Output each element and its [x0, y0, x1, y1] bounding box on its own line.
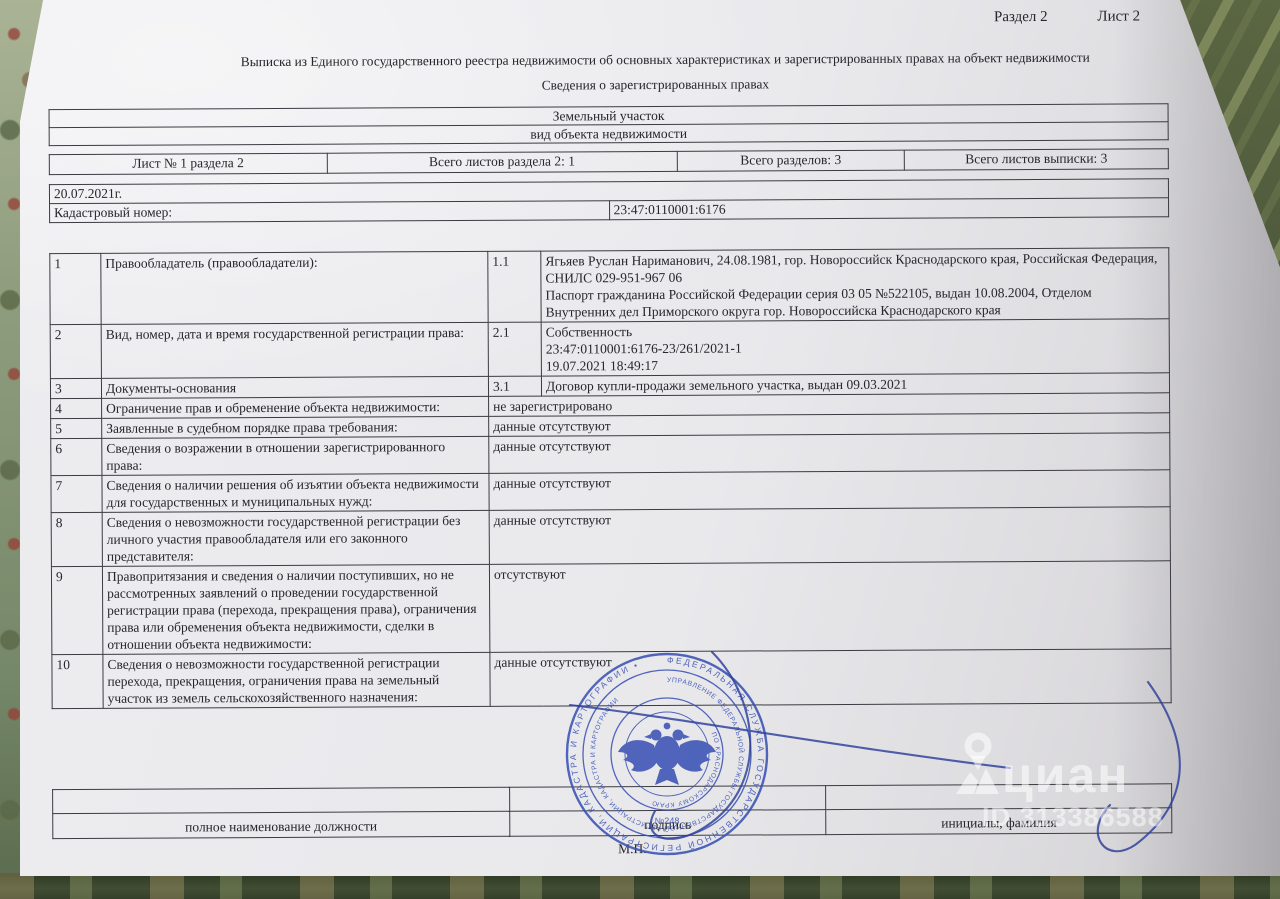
table-row: 9 Правопритязания и сведения о наличии п… — [51, 561, 1170, 655]
row-number: 9 — [51, 566, 102, 654]
row-label: Ограничение прав и обременение объекта н… — [102, 396, 489, 418]
table-row: Лист № 1 раздела 2 Всего листов раздела … — [49, 149, 1168, 175]
value-line: Паспорт гражданина Российской Федерации … — [545, 283, 1164, 320]
row-number: 3 — [50, 378, 101, 398]
row-label: Сведения о невозможности государственной… — [102, 510, 489, 566]
sections-total-cell: Всего разделов: 3 — [677, 150, 904, 171]
position-label: полное наименование должности — [53, 811, 510, 838]
seal-place-label: М.П. — [52, 838, 1172, 860]
table-row: полное наименование должности подпись ин… — [53, 808, 1172, 839]
row-label: Вид, номер, дата и время государственной… — [101, 322, 488, 378]
table-row: 2 Вид, номер, дата и время государственн… — [50, 319, 1169, 379]
object-type-table: Земельный участок вид объекта недвижимос… — [49, 103, 1169, 146]
meta-table: 20.07.2021г. Кадастровый номер: 23:47:01… — [49, 178, 1169, 223]
signature-label: подпись — [509, 810, 826, 837]
section-sheet-header: Раздел 2 Лист 2 — [20, 0, 1280, 31]
document-subtitle: Сведения о зарегистрированных правах — [20, 74, 1280, 97]
row-sub-number: 1.1 — [488, 251, 541, 322]
row-number: 4 — [51, 398, 102, 418]
document-title: Выписка из Единого государственного реес… — [20, 49, 1280, 72]
row-value: данные отсутствуют — [489, 433, 1170, 474]
section-label: Раздел 2 — [994, 9, 1048, 25]
row-sub-number: 3.1 — [488, 376, 541, 396]
value-line: Ягьяев Руслан Нариманович, 24.08.1981, г… — [545, 249, 1164, 286]
row-label: Сведения о возражении в отношении зареги… — [102, 436, 489, 475]
row-value: отсутствуют — [489, 561, 1170, 653]
row-value: Ягьяев Руслан Нариманович, 24.08.1981, г… — [541, 248, 1169, 322]
photo-of-document: Раздел 2 Лист 2 Выписка из Единого госуд… — [0, 0, 1280, 899]
fabric-background-bottom — [0, 873, 1280, 899]
cadastral-number-value: 23:47:0110001:6176 — [609, 198, 1169, 220]
name-input-cell — [826, 784, 1172, 810]
extract-sheets-total-cell: Всего листов выписки: 3 — [904, 149, 1168, 170]
row-number: 10 — [52, 654, 103, 708]
rights-table: 1 Правообладатель (правообладатели): 1.1… — [49, 247, 1171, 709]
row-label: Правопритязания и сведения о наличии пос… — [102, 564, 489, 654]
cadastral-number-label: Кадастровый номер: — [50, 201, 610, 223]
sheets-info-table: Лист № 1 раздела 2 Всего листов раздела … — [49, 148, 1169, 175]
row-number: 8 — [51, 512, 102, 566]
signature-input-cell — [509, 786, 826, 812]
row-number: 1 — [50, 253, 101, 324]
row-label: Сведения о невозможности государственной… — [103, 652, 490, 708]
row-number: 5 — [51, 418, 102, 438]
row-number: 6 — [51, 438, 102, 475]
row-sub-number: 2.1 — [488, 322, 541, 376]
table-row: 10 Сведения о невозможности государствен… — [52, 649, 1171, 709]
section-sheets-total-cell: Всего листов раздела 2: 1 — [327, 151, 677, 173]
row-label: Правообладатель (правообладатели): — [101, 251, 488, 324]
row-value: данные отсутствуют — [489, 470, 1170, 511]
name-label: инициалы, фамилия — [826, 808, 1172, 835]
sheet-label: Лист 2 — [1097, 8, 1140, 24]
row-value: данные отсутствуют — [490, 649, 1171, 707]
row-label: Сведения о наличии решения об изъятии об… — [102, 473, 489, 512]
sheet-number-cell: Лист № 1 раздела 2 — [49, 153, 327, 174]
document-content: Раздел 2 Лист 2 Выписка из Единого госуд… — [20, 0, 1280, 860]
row-number: 2 — [50, 324, 101, 378]
row-value: данные отсутствуют — [489, 507, 1170, 565]
row-number: 7 — [51, 475, 102, 512]
position-input-cell — [53, 787, 510, 813]
table-row: 6 Сведения о возражении в отношении заре… — [51, 433, 1170, 476]
document-sheet: Раздел 2 Лист 2 Выписка из Единого госуд… — [20, 0, 1280, 876]
table-row: 1 Правообладатель (правообладатели): 1.1… — [50, 248, 1169, 325]
row-label: Документы-основания — [101, 376, 488, 398]
table-row: 7 Сведения о наличии решения об изъятии … — [51, 470, 1170, 513]
row-value: Собственность 23:47:0110001:6176-23/261/… — [541, 319, 1169, 376]
row-label: Заявленные в судебном порядке права треб… — [102, 416, 489, 438]
signature-table: полное наименование должности подпись ин… — [52, 783, 1172, 839]
value-line: 19.07.2021 18:49:17 — [546, 354, 1165, 374]
table-row: 8 Сведения о невозможности государственн… — [51, 507, 1170, 567]
